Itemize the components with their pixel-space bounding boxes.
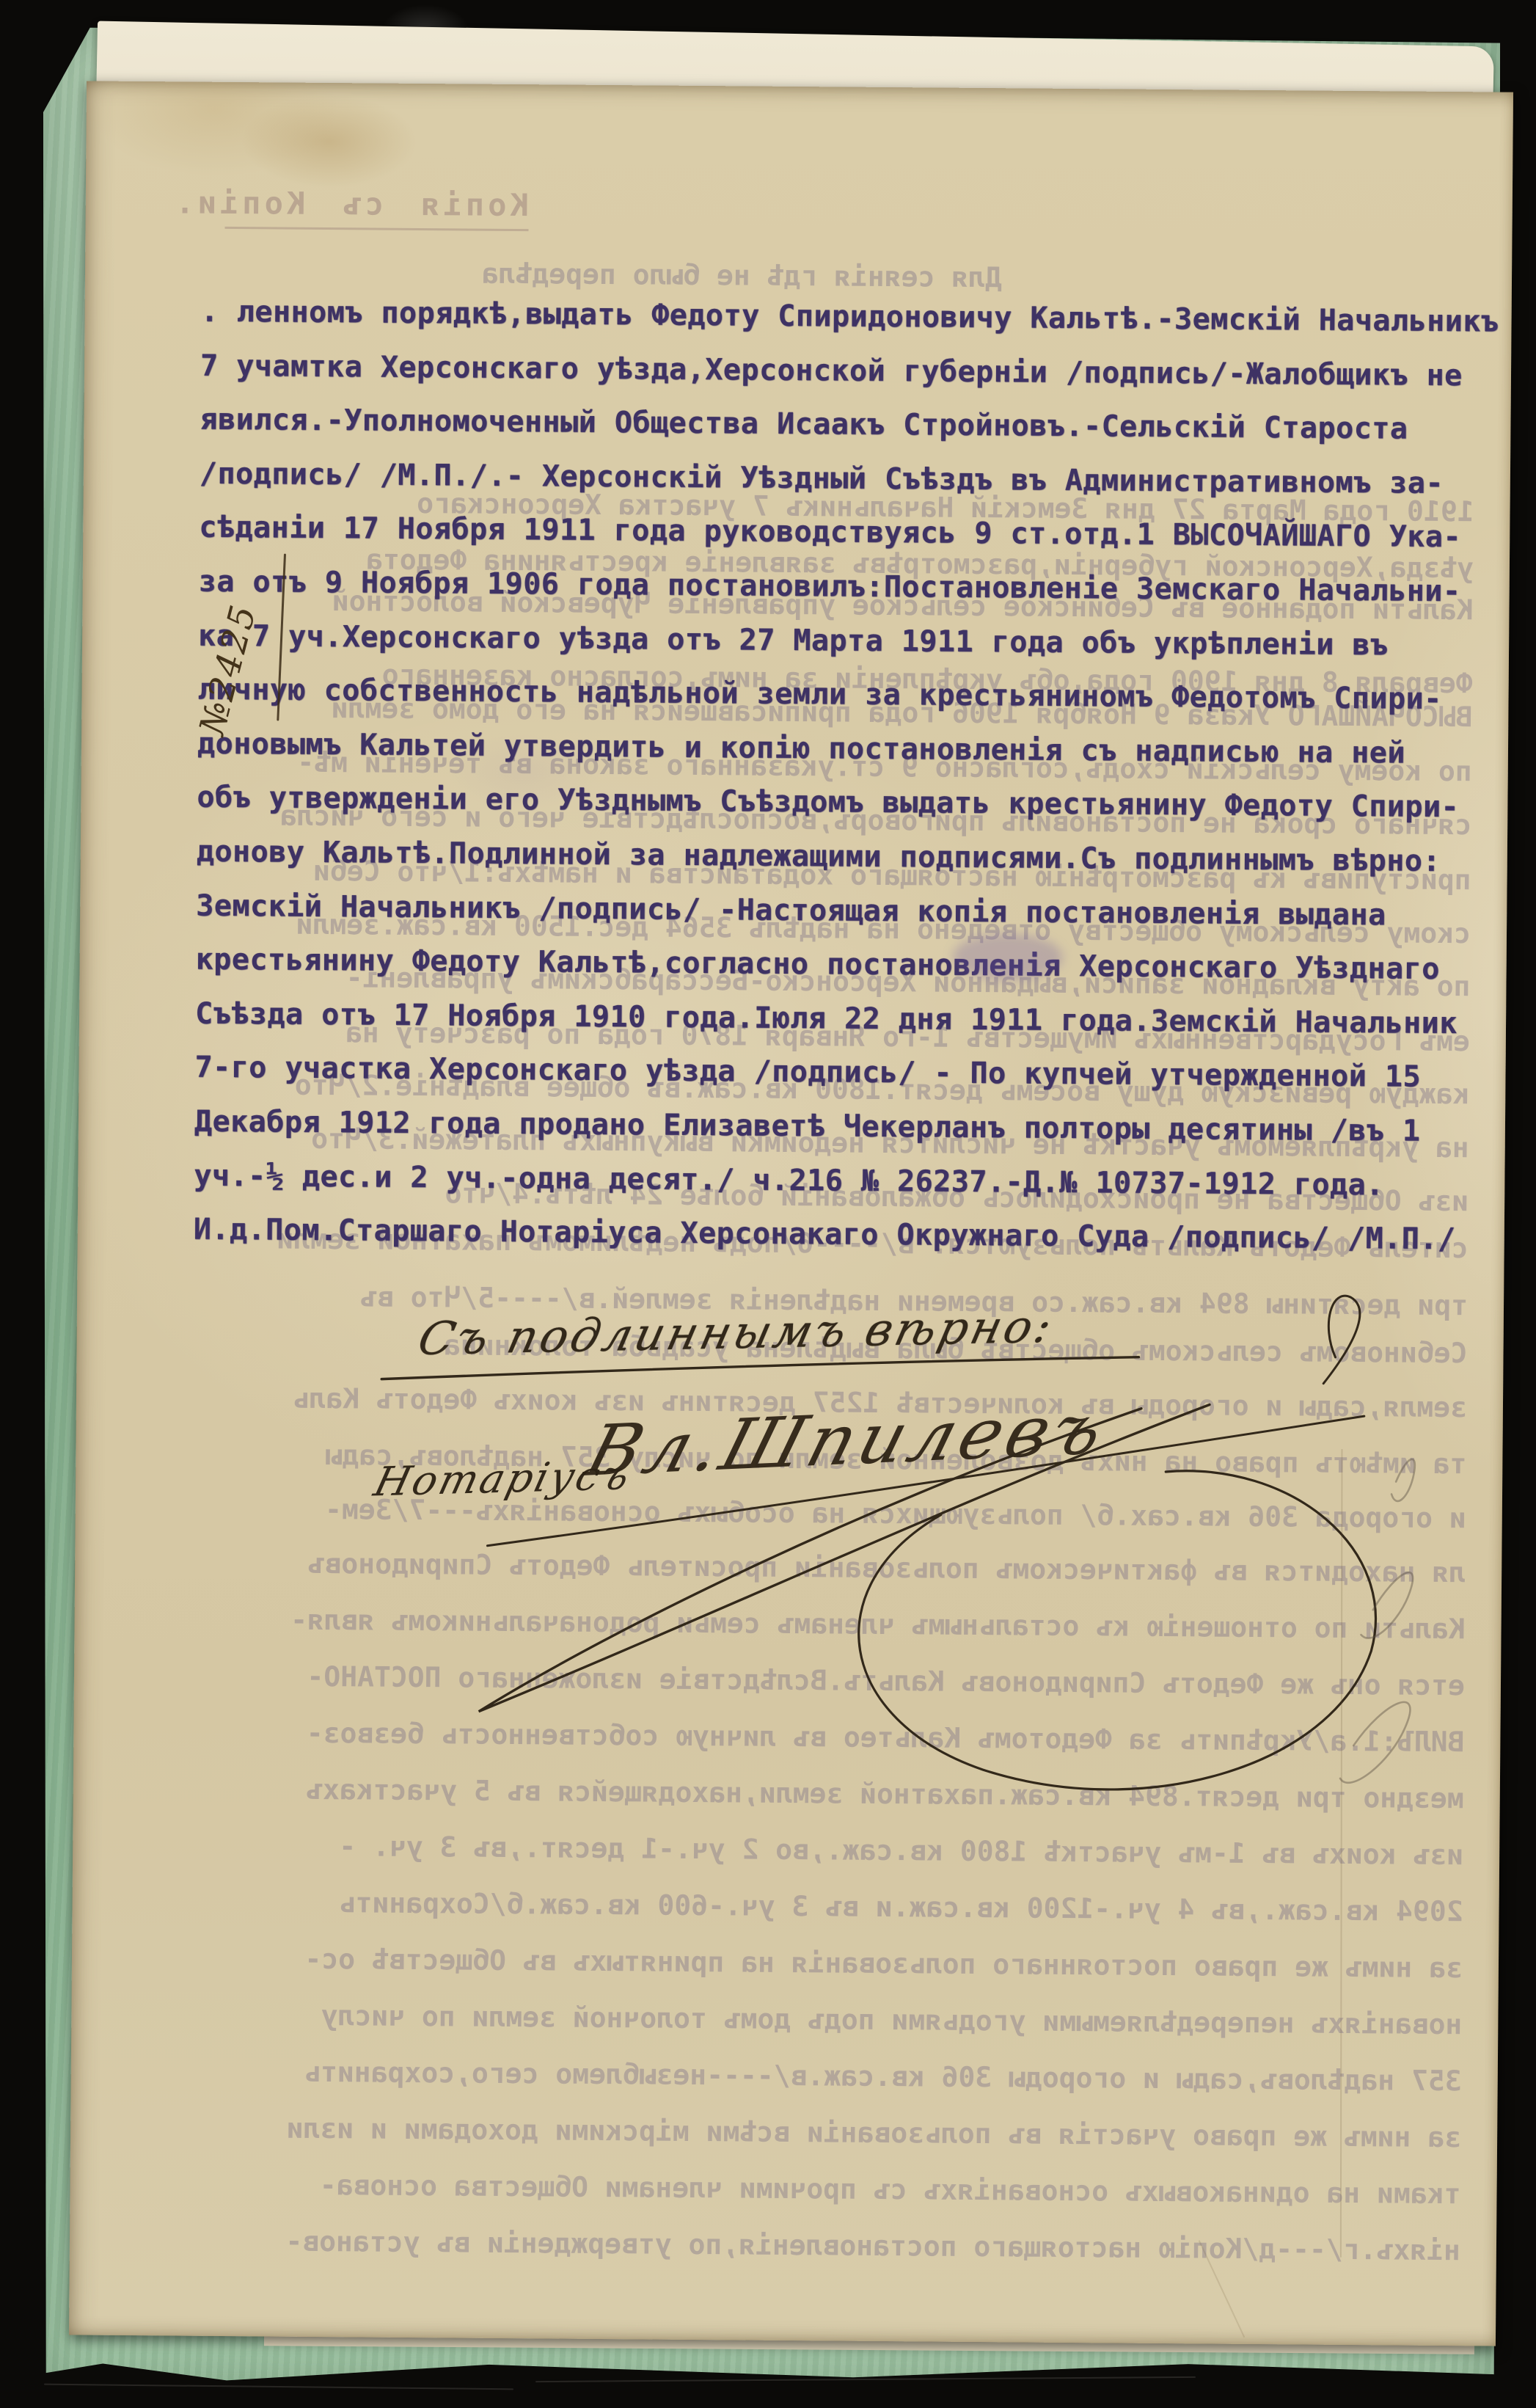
bleedthrough-line: ется онъ же Федотъ Спиридоновъ Кальтъ.Вс… xyxy=(177,1659,1465,1701)
bleedthrough-line: Кальти по отношенію къ остальнымъ членам… xyxy=(177,1602,1465,1645)
bleedthrough-line: за нимъ же право постояннаго пользованія… xyxy=(175,1941,1463,1984)
bleedthrough-line: Для сеянія гдѣ не было передѣла xyxy=(268,255,1002,293)
ink-smudge xyxy=(953,933,1063,981)
bleedthrough-line: ніяхъ.г/---д/Копію настоящаго постановле… xyxy=(172,2224,1460,2266)
backdrop-scratch xyxy=(535,2376,1196,2382)
document-page: Копія съ Копіи. Для сеянія гдѣ не было п… xyxy=(69,81,1513,2346)
typed-line: ка 7 уч.Херсонскаго уѣзда отъ 27 Марта 1… xyxy=(198,619,1489,663)
backdrop-scratch xyxy=(44,2384,513,2390)
bleedthrough-line: 357 надѣловъ,сады и огороды 306 кв.саж.в… xyxy=(174,2054,1462,2097)
archival-photo-backdrop: Копія съ Копіи. Для сеянія гдѣ не было п… xyxy=(0,0,1536,2408)
bleedthrough-line: ля находится въ фактическомъ пользованіи… xyxy=(178,1546,1466,1588)
bleedthrough-line: ВИЛЪ:1.а/Укрѣпить за Федотомъ Кальтео въ… xyxy=(176,1715,1464,1758)
typed-line: . ленномъ порядкѣ,выдать Федоту Спиридон… xyxy=(200,295,1491,339)
bleedthrough-line: нованіяхъ непередѣляемыми угодьями подъ … xyxy=(174,1998,1462,2040)
bleedthrough-line: тками на одинаковыхъ основаніяхъ съ проч… xyxy=(172,2167,1460,2210)
bleedthrough-line: изъ коихъ въ 1-мъ участкѣ 1800 кв.саж.,в… xyxy=(175,1828,1463,1871)
bleedthrough-heading: Копія съ Копіи. xyxy=(225,185,529,231)
typed-line: явился.-Уполномоченный Общества Исаакъ С… xyxy=(200,403,1491,447)
bleedthrough-line: за нимъ же право участія въ пользованіи … xyxy=(173,2111,1461,2153)
typed-line: 7 учамтка Херсонскаго уѣзда,Херсонской г… xyxy=(200,349,1491,393)
bleedthrough-line: 2094 кв.саж.,въ 4 уч.-1200 кв.саж.и въ 3… xyxy=(175,1885,1463,1927)
bleedthrough-line: мездно три десят.894 кв.саж.пахатной зем… xyxy=(176,1772,1464,1814)
